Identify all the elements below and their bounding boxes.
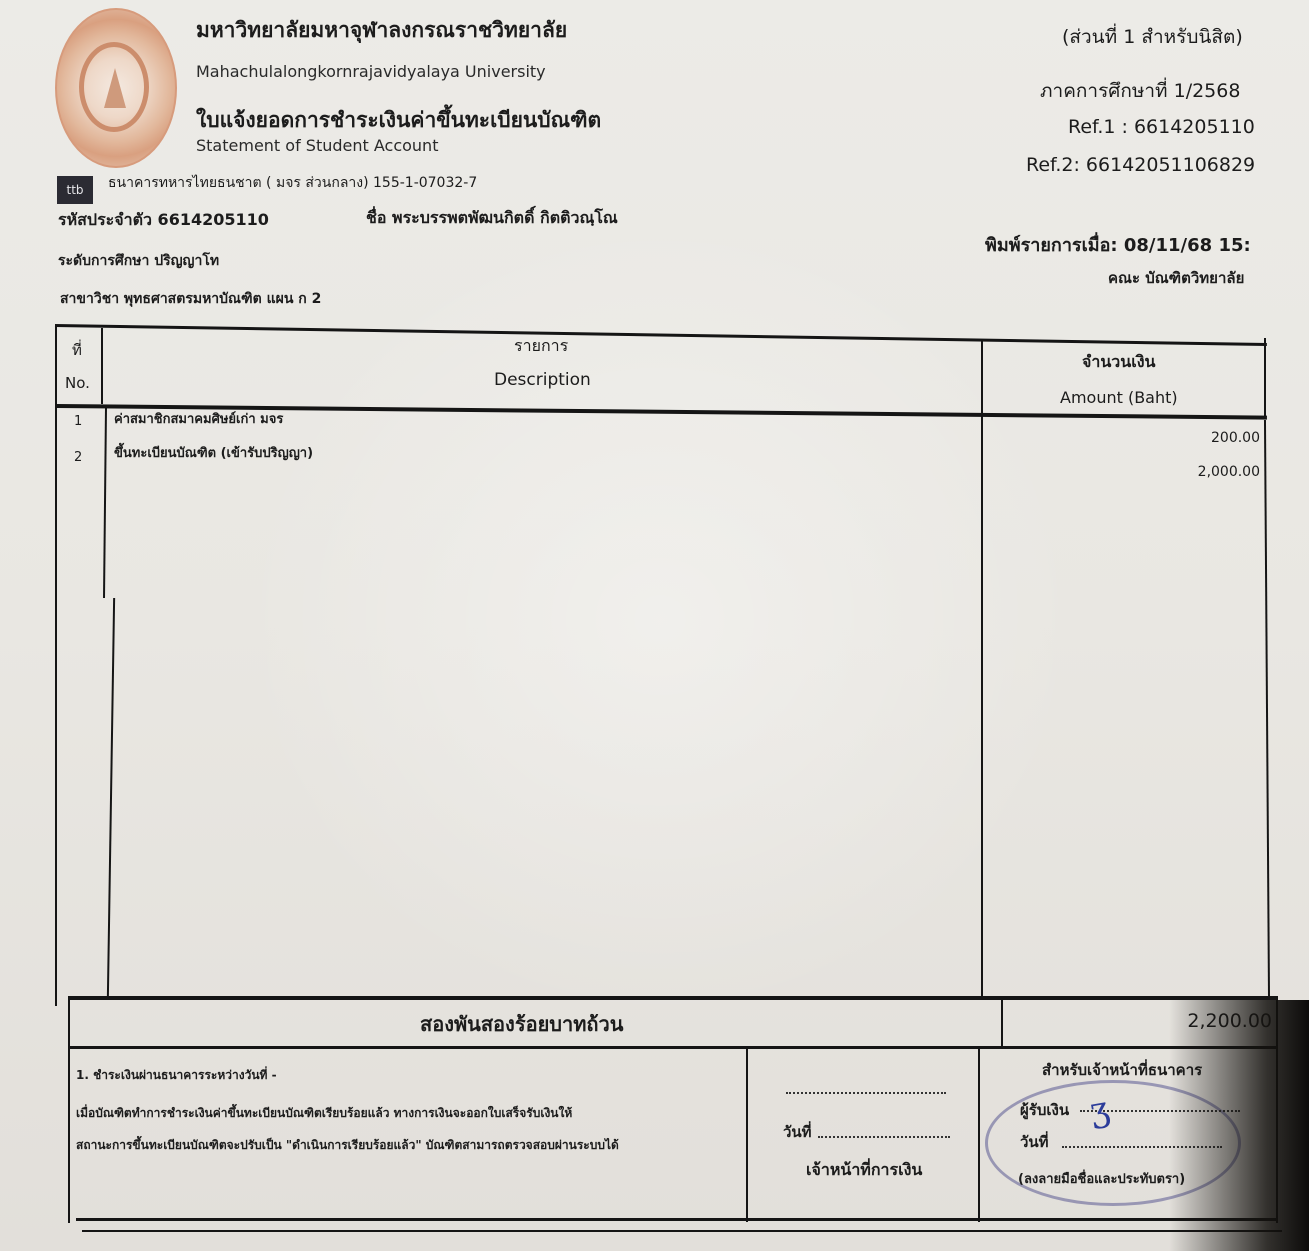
photo-shadow (1169, 1000, 1309, 1251)
col-divider-no-header (101, 328, 103, 404)
bank-sign-note: (ลงลายมือชื่อและประทับตรา) (1018, 1168, 1185, 1189)
student-name: ชื่อ พระบรรพตพัฒนกิตดิ์ กิตติวณฺโณ (366, 206, 618, 231)
faculty: คณะ บัณฑิตวิทยาลัย (1108, 266, 1244, 290)
col-desc-en: Description (494, 370, 591, 390)
table-right-border (1264, 420, 1270, 1000)
row-amount: 200.00 (1160, 430, 1260, 446)
footer-bottom-border (76, 1218, 1278, 1221)
ref2: Ref.2: 66142051106829 (1026, 154, 1255, 176)
col-amount-th: จำนวนเงิน (1082, 350, 1155, 375)
copy-label: (ส่วนที่ 1 สำหรับนิสิต) (1062, 22, 1243, 52)
education-level: ระดับการศึกษา ปริญญาโท (58, 250, 219, 272)
statement-paper: มหาวิทยาลัยมหาจุฬาลงกรณราชวิทยาลัย Mahac… (0, 0, 1309, 1251)
col-divider-no-upper (103, 408, 107, 598)
payment-note-1: 1. ชำระเงินผ่านธนาคารระหว่างวันที่ - (76, 1066, 277, 1085)
finance-date-line (818, 1136, 950, 1138)
col-desc-th: รายการ (514, 334, 568, 359)
total-bottom-border (70, 1046, 1278, 1049)
col-amount-en: Amount (Baht) (1060, 388, 1178, 407)
program: สาขาวิชา พุทธศาสตรมหาบัณฑิต แผน ก 2 (60, 288, 321, 310)
university-seal-icon (55, 8, 177, 168)
footer-double-line (82, 1230, 1282, 1232)
university-name-th: มหาวิทยาลัยมหาจุฬาลงกรณราชวิทยาลัย (196, 14, 567, 47)
total-left-border (68, 998, 70, 1223)
ref1: Ref.1 : 6614205110 (1068, 116, 1255, 138)
payment-note-2: เมื่อบัณฑิตทำการชำระเงินค่าขึ้นทะเบียนบั… (76, 1104, 572, 1123)
finance-officer-label: เจ้าหน้าที่การเงิน (806, 1158, 922, 1183)
semester: ภาคการศึกษาที่ 1/2568 (1040, 76, 1240, 106)
finance-date-label: วันที่ (783, 1120, 812, 1144)
bank-date-label: วันที่ (1020, 1130, 1049, 1154)
row-description: ขึ้นทะเบียนบัณฑิต (เข้ารับปริญญา) (114, 442, 313, 463)
row-no: 1 (74, 414, 82, 429)
table-top-border (55, 324, 1267, 346)
document-title-th: ใบแจ้งยอดการชำระเงินค่าขึ้นทะเบียนบัณฑิต (196, 104, 601, 137)
col-no-th: ที่ (72, 338, 82, 362)
row-amount: 2,000.00 (1160, 464, 1260, 480)
document-title-en: Statement of Student Account (196, 136, 438, 155)
footer-divider-2 (978, 1048, 980, 1222)
table-left-border (55, 326, 57, 1006)
table-right-border-upper (1264, 338, 1266, 418)
total-divider (1001, 998, 1003, 1048)
bank-logo-icon: ttb (57, 176, 93, 204)
col-divider-no-lower (107, 598, 115, 998)
printed-at: พิมพ์รายการเมื่อ: 08/11/68 15: (985, 230, 1251, 259)
student-id: รหัสประจำตัว 6614205110 (58, 208, 269, 233)
row-description: ค่าสมาชิกสมาคมศิษย์เก่า มจร (114, 408, 283, 429)
total-top-border (68, 996, 1278, 1000)
row-no: 2 (74, 450, 82, 465)
col-no-en: No. (65, 374, 90, 392)
receiver-label: ผู้รับเงิน (1020, 1098, 1069, 1122)
total-words: สองพันสองร้อยบาทถ้วน (420, 1008, 623, 1040)
bank-account: ธนาคารทหารไทยธนชาต ( มจร ส่วนกลาง) 155-1… (108, 172, 477, 194)
payment-note-3: สถานะการขึ้นทะเบียนบัณฑิตจะปรับเป็น "ดำเ… (76, 1136, 619, 1155)
col-divider-amount (981, 340, 983, 1000)
university-name-en: Mahachulalongkornrajavidyalaya Universit… (196, 62, 546, 81)
finance-signature-line (786, 1092, 946, 1094)
footer-divider-1 (746, 1048, 748, 1222)
